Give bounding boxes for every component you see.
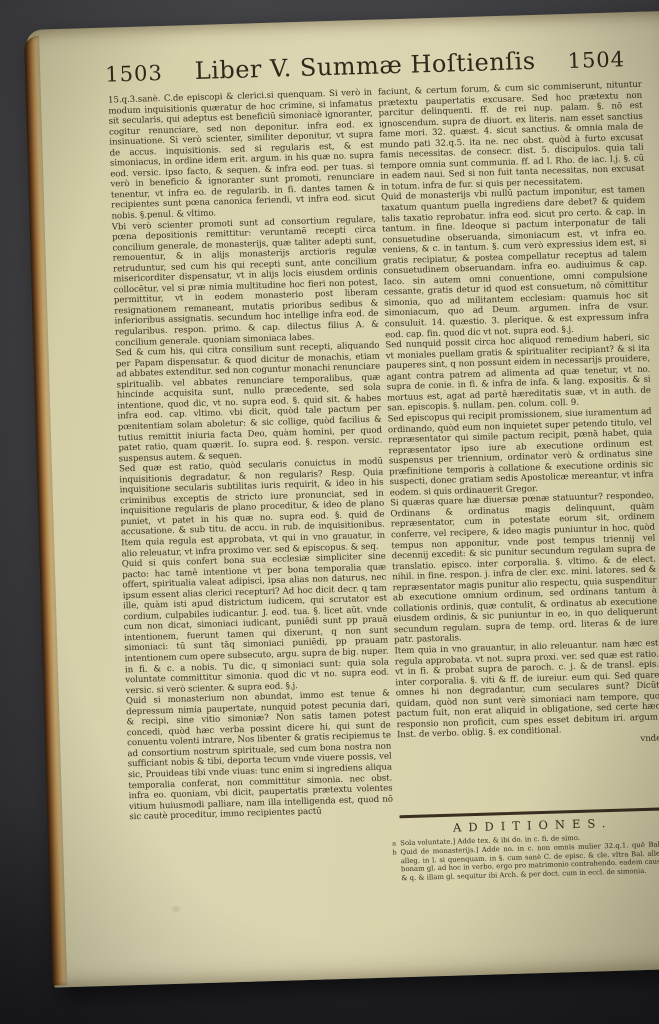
additiones-entry: b Quid de monasterijs.] Adde no. in c. n… [400, 840, 659, 882]
paragraph: Vbi verò scienter promoti sunt ad consor… [112, 214, 380, 348]
text-column-left: 14 a 15.q.3.sanè. C.de episcopi & cleric… [108, 88, 395, 891]
text-column-right: b faciunt, & certum forum, & cum sic com… [378, 80, 659, 804]
entry-text: Quid de monasterijs.] Adde no. in c. non… [400, 840, 659, 881]
paragraph: 15.q.3.sanè. C.de episcopi & clerici.si … [108, 88, 376, 222]
margin-mark-letter-a: a [113, 709, 125, 720]
paragraph: Sed episcopus qui recipit promissionem, … [387, 407, 653, 499]
margin-mark-letter-b: b [378, 198, 381, 209]
paragraph: Quid si monasterium non abundat, immo es… [126, 689, 394, 823]
page-edges-strip [24, 36, 67, 986]
book-page: 1503 Liber V. Summæ Hoſtienſis 1504 14 a… [26, 10, 659, 987]
paragraph: Item quia in vno grauantur, in alio rele… [394, 638, 659, 741]
margin-mark-number: 14 [108, 488, 116, 499]
entry-marker-b: b [392, 848, 396, 857]
paragraph: Sed nunquid possit circa hoc aliquod rem… [385, 333, 651, 415]
additiones-section: ADDITIONES. a Sola voluntate.] Adde tex.… [399, 807, 659, 883]
scanned-book-photo: 1503 Liber V. Summæ Hoſtienſis 1504 14 a… [0, 0, 659, 1024]
paragraph: Sed & cum his, qui citra consilium sunt … [115, 341, 382, 465]
entry-marker-a: a [392, 839, 396, 848]
paper-spot [172, 906, 180, 912]
folio-number-left: 1503 [105, 61, 163, 87]
paragraph: Si quæras quare hæ diuersæ pœnæ statuunt… [390, 491, 658, 646]
paragraph: faciunt, & certum forum, & cum sic commi… [378, 80, 645, 193]
running-title: Liber V. Summæ Hoſtienſis [194, 47, 536, 85]
paragraph: Quid si quis confert bona sua ecclesiæ s… [122, 552, 390, 697]
paragraph: Quid de monasterijs vbi nullū pactum imp… [381, 185, 649, 340]
folio-number-right: 1504 [567, 47, 625, 73]
paragraph: Sed quæ est ratio, quòd secularis conuic… [119, 457, 386, 560]
